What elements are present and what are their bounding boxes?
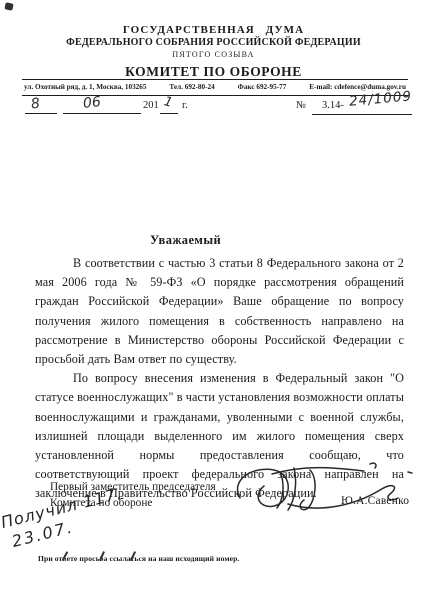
signer-title-line1: Первый заместитель председателя [50,480,216,496]
day-underline [25,113,57,114]
number-underline [312,114,412,115]
phone-number: Тел. 692-80-24 [169,83,214,91]
org-name-line2: ФЕДЕРАЛЬНОГО СОБРАНИЯ РОССИЙСКОЙ ФЕДЕРАЦ… [0,37,427,48]
handwritten-year-digit: 1 [162,94,174,111]
convocation-line: ПЯТОГО СОЗЫВА [0,50,427,59]
signer-name: Ю.А.Савенко [341,495,409,507]
fax-number: Факс 692-95-77 [238,83,287,91]
letterhead-divider-top [22,79,408,80]
scan-artifact-mark [4,2,13,11]
year-underline [160,113,178,114]
month-underline [63,113,141,114]
letter-page: ГОСУДАРСТВЕННАЯ ДУМА ФЕДЕРАЛЬНОГО СОБРАН… [0,0,427,591]
handwritten-number: 24/1009 [348,88,412,109]
printed-year-prefix: 201 [143,100,159,111]
handwritten-month: 06 [82,94,101,112]
letterhead: ГОСУДАРСТВЕННАЯ ДУМА ФЕДЕРАЛЬНОГО СОБРАН… [0,24,427,80]
number-sign: № [296,100,306,111]
signature-scribble-icon [222,458,422,516]
contact-row: ул. Охотный ряд, д. 1, Москва, 103265 Те… [24,83,406,91]
salutation: Уважаемый [150,233,221,248]
committee-title: КОМИТЕТ ПО ОБОРОНЕ [0,64,427,80]
year-suffix: г. [182,100,188,111]
printed-number-prefix: 3.14- [322,100,344,111]
paragraph-1: В соответствии с частью 3 статьи 8 Федер… [35,254,404,369]
handwritten-day: 8 [30,95,41,112]
postal-address: ул. Охотный ряд, д. 1, Москва, 103265 [24,83,146,91]
org-name-line1: ГОСУДАРСТВЕННАЯ ДУМА [0,24,427,36]
footer-reference-note: При ответе просьба ссылаться на наш исхо… [38,554,239,563]
